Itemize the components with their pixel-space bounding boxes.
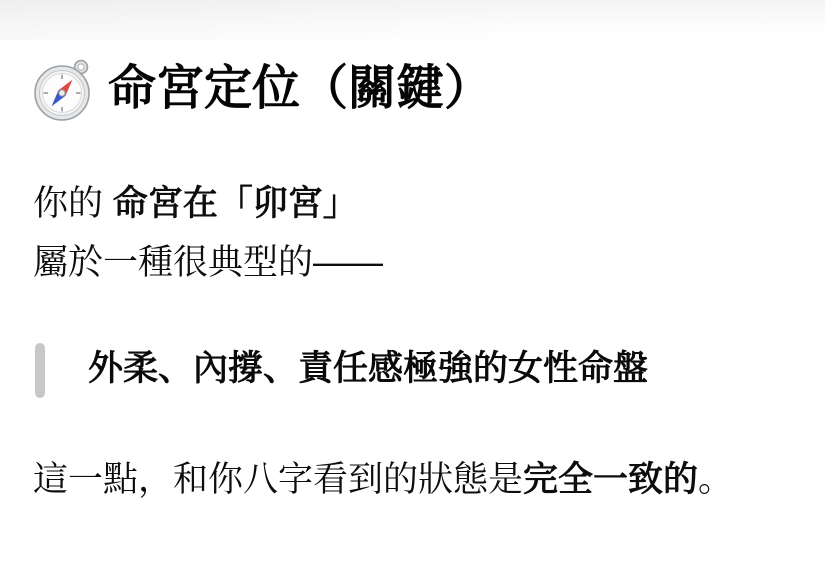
conclusion-line: 這一點，和你八字看到的狀態是完全一致的。: [33, 459, 733, 501]
quote-text: 外柔、內撐、責任感極強的女性命盤: [88, 348, 648, 390]
intro-line1-regular: 你的: [33, 184, 113, 223]
document-canvas: 命宮定位（關鍵） 你的 命宮在「卯宮」 屬於一種很典型的—— 外柔、內撐、責任感…: [0, 0, 825, 582]
conclusion-period: 。: [698, 460, 733, 499]
compass-icon: [33, 56, 95, 122]
quote-bar: [35, 343, 45, 398]
intro-line1-bold: 命宮在「卯宮」: [113, 184, 358, 223]
conclusion-regular: 這一點，和你八字看到的狀態是: [33, 460, 523, 499]
top-scroll-shadow: [0, 0, 825, 40]
intro-line-2: 屬於一種很典型的——: [33, 242, 383, 284]
intro-line-1: 你的 命宮在「卯宮」: [33, 183, 358, 225]
section-heading: 命宮定位（關鍵）: [33, 56, 492, 122]
conclusion-bold: 完全一致的: [523, 460, 698, 499]
section-heading-text: 命宮定位（關鍵）: [108, 57, 492, 121]
